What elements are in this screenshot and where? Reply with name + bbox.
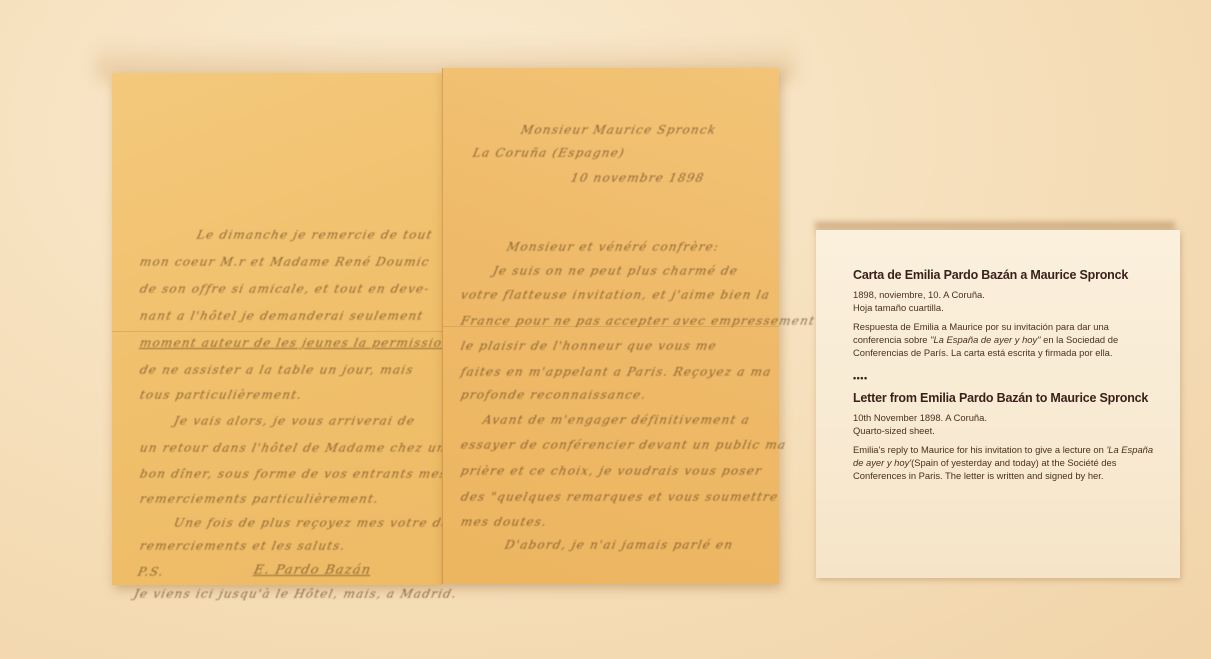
placard-format-spanish: Hoja tamaño cuartilla. <box>853 301 1158 314</box>
placard-title-spanish: Carta de Emilia Pardo Bazán a Maurice Sp… <box>853 268 1158 282</box>
handwriting-line: D'abord, je n'ai jamais parlé en <box>504 538 735 552</box>
signature: E. Pardo Bazán <box>252 563 372 578</box>
handwriting-line: nant a l'hôtel je demanderai seulement <box>139 309 425 323</box>
placard-date-english: 10th November 1898. A Coruña. <box>853 411 1158 424</box>
handwriting-line: essayer de conférencier devant un public… <box>460 438 788 452</box>
info-placard: Carta de Emilia Pardo Bazán a Maurice Sp… <box>816 230 1180 578</box>
postscript-marker: P.S. <box>137 565 166 579</box>
desc-text: Emilia's reply to Maurice for his invita… <box>853 444 1106 455</box>
handwriting-line: le plaisir de l'honneur que vous me <box>460 339 719 353</box>
handwriting-line: remerciements particulièrement. <box>139 492 381 506</box>
letter-recipient: Monsieur Maurice Spronck <box>520 123 718 137</box>
handwriting-line: remerciements et les saluts. <box>139 539 348 553</box>
handwriting-line: mon coeur M.r et Madame René Doumic <box>139 255 432 269</box>
handwriting-line: mes doutes. <box>460 515 549 529</box>
handwriting-line: prière et ce choix, je voudrais vous pos… <box>460 464 764 478</box>
handwriting-line: Le dimanche je remercie de tout <box>196 228 435 242</box>
handwriting-line: de son offre si amicale, et tout en deve… <box>139 282 432 296</box>
handwriting-line: faites en m'appelant a Paris. Reçoyez a … <box>460 365 774 379</box>
placard-separator: •••• <box>853 373 1158 383</box>
placard-title-english: Letter from Emilia Pardo Bazán to Mauric… <box>853 391 1158 405</box>
handwriting-line: moment auteur de les jeunes la permissio… <box>139 336 453 350</box>
handwriting-line: Avant de m'engager définitivement a <box>482 413 752 427</box>
handwriting-line: de ne assister a la table un jour, mais <box>139 363 416 377</box>
letter-left-page: Le dimanche je remercie de tout mon coeu… <box>112 73 442 585</box>
placard-description-english: Emilia's reply to Maurice for his invita… <box>853 443 1158 482</box>
placard-date-spanish: 1898, noviembre, 10. A Coruña. <box>853 288 1158 301</box>
handwriting-line: bon dîner, sous forme de vos entrants me… <box>139 467 449 481</box>
placard-format-english: Quarto-sized sheet. <box>853 424 1158 437</box>
handwriting-line: votre flatteuse invitation, et j'aime bi… <box>460 288 772 302</box>
handwriting-line: un retour dans l'hôtel de Madame chez un <box>139 441 448 455</box>
letter-right-page: Monsieur Maurice Spronck La Coruña (Espa… <box>442 68 779 584</box>
handwriting-line: tous particulièrement. <box>139 388 304 402</box>
desc-title-italic: "La España de ayer y hoy" <box>930 334 1040 345</box>
handwriting-line: Une fois de plus reçoyez mes votre dans <box>173 516 468 530</box>
handwriting-line: Je vais alors, je vous arriverai de <box>173 414 417 428</box>
fold-line <box>112 331 442 332</box>
handwriting-line: France pour ne pas accepter avec empress… <box>460 314 817 328</box>
handwriting-line: Monsieur et vénéré confrère: <box>506 240 721 254</box>
handwriting-line: profonde reconnaissance. <box>460 388 648 402</box>
handwriting-line: Je viens ici jusqu'à le Hôtel, mais, a M… <box>133 587 459 601</box>
handwriting-line: des "quelques remarques et vous soumettr… <box>460 490 780 504</box>
letter-place: La Coruña (Espagne) <box>472 146 627 160</box>
placard-description-spanish: Respuesta de Emilia a Maurice por su inv… <box>853 320 1158 359</box>
letter-date: 10 novembre 1898 <box>570 171 706 185</box>
handwriting-line: Je suis on ne peut plus charmé de <box>492 264 740 278</box>
